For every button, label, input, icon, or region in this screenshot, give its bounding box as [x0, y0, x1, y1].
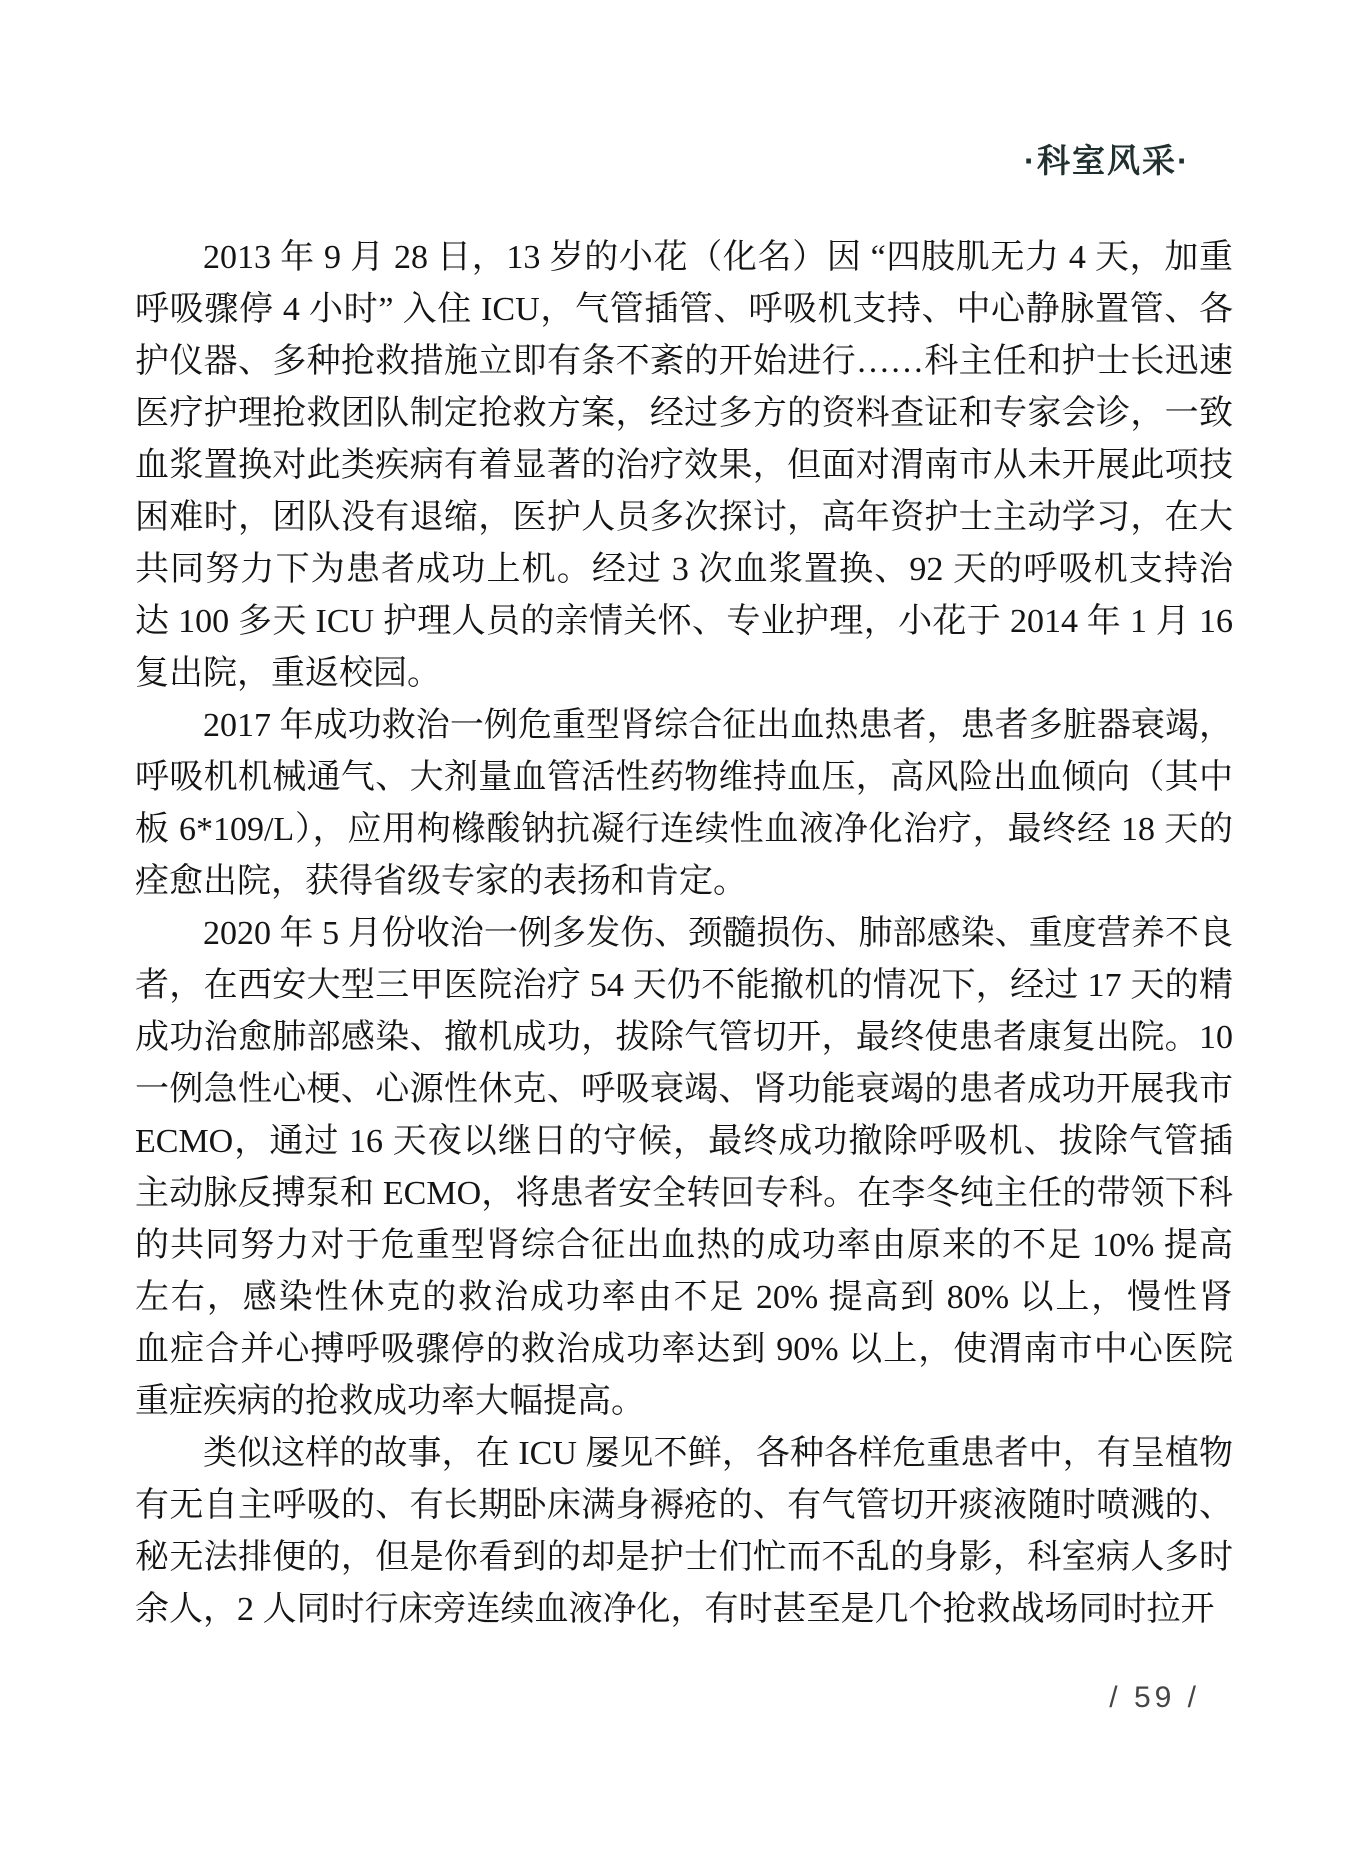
body-text: 2013 年 9 月 28 日，13 岁的小花（化名）因 “四肢肌无力 4 天，… — [135, 232, 1233, 1636]
text-line: 秘无法排便的，但是你看到的却是护士们忙而不乱的身影，科室病人多时达十 — [135, 1532, 1233, 1584]
text-line: 2017 年成功救治一例危重型肾综合征出血热患者，患者多脏器衰竭，应用 — [135, 700, 1233, 752]
text-line: 一例急性心梗、心源性休克、呼吸衰竭、肾功能衰竭的患者成功开展我市第一例 — [135, 1064, 1233, 1116]
text-line: 2020 年 5 月份收治一例多发伤、颈髓损伤、肺部感染、重度营养不良的患 — [135, 908, 1233, 960]
document-page: ·科室风采· 2013 年 9 月 28 日，13 岁的小花（化名）因 “四肢肌… — [0, 0, 1362, 1858]
text-line: 成功治愈肺部感染、撤机成功，拔除气管切开，最终使患者康复出院。10 月为 — [135, 1012, 1233, 1064]
text-line: 痊愈出院，获得省级专家的表扬和肯定。 — [135, 856, 1233, 908]
text-line: 呼吸机机械通气、大剂量血管活性药物维持血压，高风险出血倾向（其中血小 — [135, 752, 1233, 804]
text-line: 呼吸骤停 4 小时” 入住 ICU，气管插管、呼吸机支持、中心静脉置管、各种监 — [135, 284, 1233, 336]
text-line: 护仪器、多种抢救措施立即有条不紊的开始进行……科主任和护士长迅速组织 — [135, 336, 1233, 388]
text-line: 血浆置换对此类疾病有着显著的治疗效果，但面对渭南市从未开展此项技术的 — [135, 440, 1233, 492]
text-line: 者，在西安大型三甲医院治疗 54 天仍不能撤机的情况下，经过 17 天的精心治疗… — [135, 960, 1233, 1012]
paragraph: 2020 年 5 月份收治一例多发伤、颈髓损伤、肺部感染、重度营养不良的患者，在… — [135, 908, 1233, 1428]
text-line: 困难时，团队没有退缩，医护人员多次探讨，高年资护士主动学习，在大家的 — [135, 492, 1233, 544]
text-line: 共同努力下为患者成功上机。经过 3 次血浆置换、92 天的呼吸机支持治疗，长 — [135, 544, 1233, 596]
text-line: 左右，感染性休克的救治成功率由不足 20% 提高到 80% 以上，慢性肾衰、高钾 — [135, 1272, 1233, 1324]
text-line: 余人，2 人同时行床旁连续血液净化，有时甚至是几个抢救战场同时拉开序幕， — [135, 1584, 1233, 1636]
text-line: 主动脉反搏泵和 ECMO，将患者安全转回专科。在李冬纯主任的带领下科室人员 — [135, 1168, 1233, 1220]
text-line: 复出院，重返校园。 — [135, 648, 1233, 700]
page-number: / 59 / — [1109, 1681, 1200, 1715]
paragraph: 2017 年成功救治一例危重型肾综合征出血热患者，患者多脏器衰竭，应用呼吸机机械… — [135, 700, 1233, 908]
paragraph: 2013 年 9 月 28 日，13 岁的小花（化名）因 “四肢肌无力 4 天，… — [135, 232, 1233, 700]
paragraph: 类似这样的故事，在 ICU 屡见不鲜，各种各样危重患者中，有呈植物状态的、有无自… — [135, 1428, 1233, 1636]
section-header: ·科室风采· — [1024, 141, 1190, 181]
text-line: 板 6*109/L），应用枸橼酸钠抗凝行连续性血液净化治疗，最终经 18 天的救… — [135, 804, 1233, 856]
text-line: 类似这样的故事，在 ICU 屡见不鲜，各种各样危重患者中，有呈植物状态的、 — [135, 1428, 1233, 1480]
text-line: 有无自主呼吸的、有长期卧床满身褥疮的、有气管切开痰液随时喷溅的、有便 — [135, 1480, 1233, 1532]
text-line: 重症疾病的抢救成功率大幅提高。 — [135, 1376, 1233, 1428]
text-line: 医疗护理抢救团队制定抢救方案，经过多方的资料查证和专家会诊，一致认为 — [135, 388, 1233, 440]
text-line: 2013 年 9 月 28 日，13 岁的小花（化名）因 “四肢肌无力 4 天，… — [135, 232, 1233, 284]
text-line: ECMO，通过 16 天夜以继日的守候，最终成功撤除呼吸机、拔除气管插管、撤除 — [135, 1116, 1233, 1168]
text-line: 达 100 多天 ICU 护理人员的亲情关怀、专业护理，小花于 2014 年 1… — [135, 596, 1233, 648]
text-line: 血症合并心搏呼吸骤停的救治成功率达到 90% 以上，使渭南市中心医院多种危 — [135, 1324, 1233, 1376]
text-line: 的共同努力对于危重型肾综合征出血热的成功率由原来的不足 10% 提高到 90% — [135, 1220, 1233, 1272]
